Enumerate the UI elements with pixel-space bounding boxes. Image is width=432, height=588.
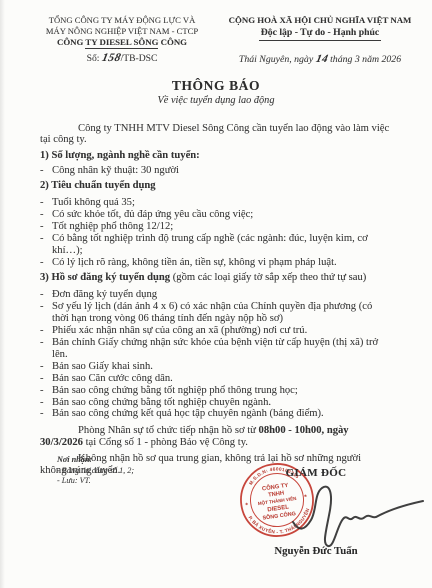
recipient-item: - Bảng tin cổng số 1, 2; — [57, 466, 134, 477]
document-title: THÔNG BÁO — [0, 78, 432, 94]
list-item: -Bản sao Giấy khai sinh. — [40, 361, 390, 373]
dash-bullet: - — [40, 397, 52, 409]
list-item: -Công nhân kỹ thuật: 30 người — [40, 165, 390, 177]
dash-bullet: - — [40, 221, 52, 233]
dash-bullet: - — [40, 337, 52, 349]
document-footer: Nơi nhận: - Bảng tin cổng số 1, 2; - Lưu… — [0, 450, 432, 588]
list-item-text: Sơ yếu lý lịch (dán ảnh 4 x 6) có xác nh… — [52, 301, 372, 324]
scanned-document-page: TỔNG CÔNG TY MÁY ĐỘNG LỰC VÀ MÁY NÔNG NG… — [0, 0, 432, 588]
document-header: TỔNG CÔNG TY MÁY ĐỘNG LỰC VÀ MÁY NÔNG NG… — [0, 0, 432, 66]
section-3-heading: 3) Hồ sơ đăng ký tuyển dụng (gồm các loạ… — [40, 272, 390, 284]
list-item: -Bản sao công chứng kết quả học tập chuy… — [40, 408, 390, 420]
recipients-label: Nơi nhận: — [57, 455, 134, 466]
dash-bullet: - — [40, 385, 52, 397]
list-item-text: Bản sao công chứng bằng tốt nghiệp chuyê… — [52, 397, 271, 408]
issuer-line-2: MÁY NÔNG NGHIỆP VIỆT NAM - CTCP — [28, 26, 216, 37]
stamp-star-left: * — [245, 502, 249, 509]
national-title: CỘNG HOÀ XÃ HỘI CHỦ NGHĨA VIỆT NAM — [216, 15, 424, 27]
section-1-heading: 1) Số lượng, ngành nghề cần tuyển: — [40, 150, 390, 162]
list-item-text: Bản sao Giấy khai sinh. — [52, 361, 153, 372]
dash-bullet: - — [40, 233, 52, 245]
recipients-block: Nơi nhận: - Bảng tin cổng số 1, 2; - Lưu… — [57, 455, 134, 487]
list-item-text: Có bằng tốt nghiệp trình độ trung cấp ng… — [52, 233, 368, 256]
closing-paragraph-1: Phòng Nhân sự tổ chức tiếp nhận hồ sơ từ… — [40, 425, 390, 449]
dash-bullet: - — [40, 209, 52, 221]
list-item-text: Tuổi không quá 35; — [52, 197, 135, 208]
section-3-heading-rest: (gồm các loại giấy tờ sắp xếp theo thứ t… — [170, 272, 366, 283]
document-number-handwritten: 158 — [101, 53, 122, 64]
place-date-line: Thái Nguyên, ngày 14 tháng 3 năm 2026 — [216, 54, 424, 66]
national-motto-block: CỘNG HOÀ XÃ HỘI CHỦ NGHĨA VIỆT NAM Độc l… — [216, 15, 424, 66]
document-number: Số: 158/TB-DSC — [28, 53, 216, 64]
dash-bullet: - — [40, 325, 52, 337]
list-item: -Bản chính Giấy chứng nhận sức khỏe của … — [40, 337, 390, 361]
list-item-text: Có sức khỏe tốt, đủ đáp ứng yêu cầu công… — [52, 209, 253, 220]
company-name-underlined: TY DIESEL SÔNG — [85, 37, 158, 49]
national-motto: Độc lập - Tự do - Hạnh phúc — [259, 27, 381, 41]
closing-1-pre: Phòng Nhân sự tổ chức tiếp nhận hồ sơ từ — [78, 425, 259, 436]
dash-bullet: - — [40, 361, 52, 373]
document-subtitle: Về việc tuyển dụng lao động — [0, 95, 432, 106]
dash-bullet: - — [40, 373, 52, 385]
signature-ink — [285, 480, 430, 550]
list-item: -Có lý lịch rõ ràng, không tiền án, tiền… — [40, 257, 390, 269]
signer-title: GIÁM ĐỐC — [246, 467, 386, 479]
list-item: -Có sức khỏe tốt, đủ đáp ứng yêu cầu côn… — [40, 209, 390, 221]
list-item: -Sơ yếu lý lịch (dán ảnh 4 x 6) có xác n… — [40, 301, 390, 325]
dash-bullet: - — [40, 408, 52, 420]
dash-bullet: - — [40, 257, 52, 269]
list-item-text: Đơn đăng ký tuyển dụng — [52, 289, 157, 300]
document-body: Công ty TNHH MTV Diesel Sông Công cần tu… — [40, 123, 390, 477]
closing-1-post: tại Cổng số 1 - phòng Bảo vệ Công ty. — [83, 437, 248, 448]
list-item: -Phiếu xác nhận nhân sự của công an xã (… — [40, 325, 390, 337]
company-name: CÔNG TY DIESEL SÔNG CÔNG — [28, 37, 216, 48]
list-item-text: Tốt nghiệp phổ thông 12/12; — [52, 221, 173, 232]
list-item: -Bản sao công chứng bằng tốt nghiệp chuy… — [40, 397, 390, 409]
list-item-text: Phiếu xác nhận nhân sự của công an xã (p… — [52, 325, 307, 336]
list-item-text: Bản sao công chứng kết quả học tập chuyê… — [52, 408, 324, 419]
list-item: -Tuổi không quá 35; — [40, 197, 390, 209]
document-number-suffix: /TB-DSC — [121, 53, 158, 64]
list-item-text: Công nhân kỹ thuật: 30 người — [52, 165, 179, 176]
section-2-heading: 2) Tiêu chuẩn tuyển dụng — [40, 180, 390, 192]
list-item: -Đơn đăng ký tuyển dụng — [40, 289, 390, 301]
dash-bullet: - — [40, 165, 52, 177]
date-suffix: tháng 3 năm 2026 — [328, 54, 401, 65]
list-item-text: Bản chính Giấy chứng nhận sức khỏe của b… — [52, 337, 378, 360]
recipient-item: - Lưu: VT. — [57, 476, 134, 487]
company-name-suffix: CÔNG — [158, 37, 187, 47]
list-item-text: Có lý lịch rõ ràng, không tiền án, tiền … — [52, 257, 337, 268]
dash-bullet: - — [40, 289, 52, 301]
dash-bullet: - — [40, 197, 52, 209]
company-name-prefix: CÔNG — [57, 37, 85, 47]
document-number-label: Số: — [87, 53, 102, 64]
list-item: -Bản sao công chứng bằng tốt nghiệp phổ … — [40, 385, 390, 397]
section-3-heading-bold: 3) Hồ sơ đăng ký tuyển dụng — [40, 272, 170, 283]
intro-paragraph: Công ty TNHH MTV Diesel Sông Công cần tu… — [40, 123, 390, 147]
list-item-text: Bản sao công chứng bằng tốt nghiệp phổ t… — [52, 385, 298, 396]
issuer-block: TỔNG CÔNG TY MÁY ĐỘNG LỰC VÀ MÁY NÔNG NG… — [28, 15, 216, 66]
issuer-line-1: TỔNG CÔNG TY MÁY ĐỘNG LỰC VÀ — [28, 15, 216, 26]
list-item: -Bản sao Căn cước công dân. — [40, 373, 390, 385]
date-prefix: Thái Nguyên, ngày — [239, 54, 316, 65]
date-day-handwritten: 14 — [314, 54, 328, 66]
dash-bullet: - — [40, 301, 52, 313]
list-item: -Có bằng tốt nghiệp trình độ trung cấp n… — [40, 233, 390, 257]
list-item: -Tốt nghiệp phổ thông 12/12; — [40, 221, 390, 233]
list-item-text: Bản sao Căn cước công dân. — [52, 373, 173, 384]
